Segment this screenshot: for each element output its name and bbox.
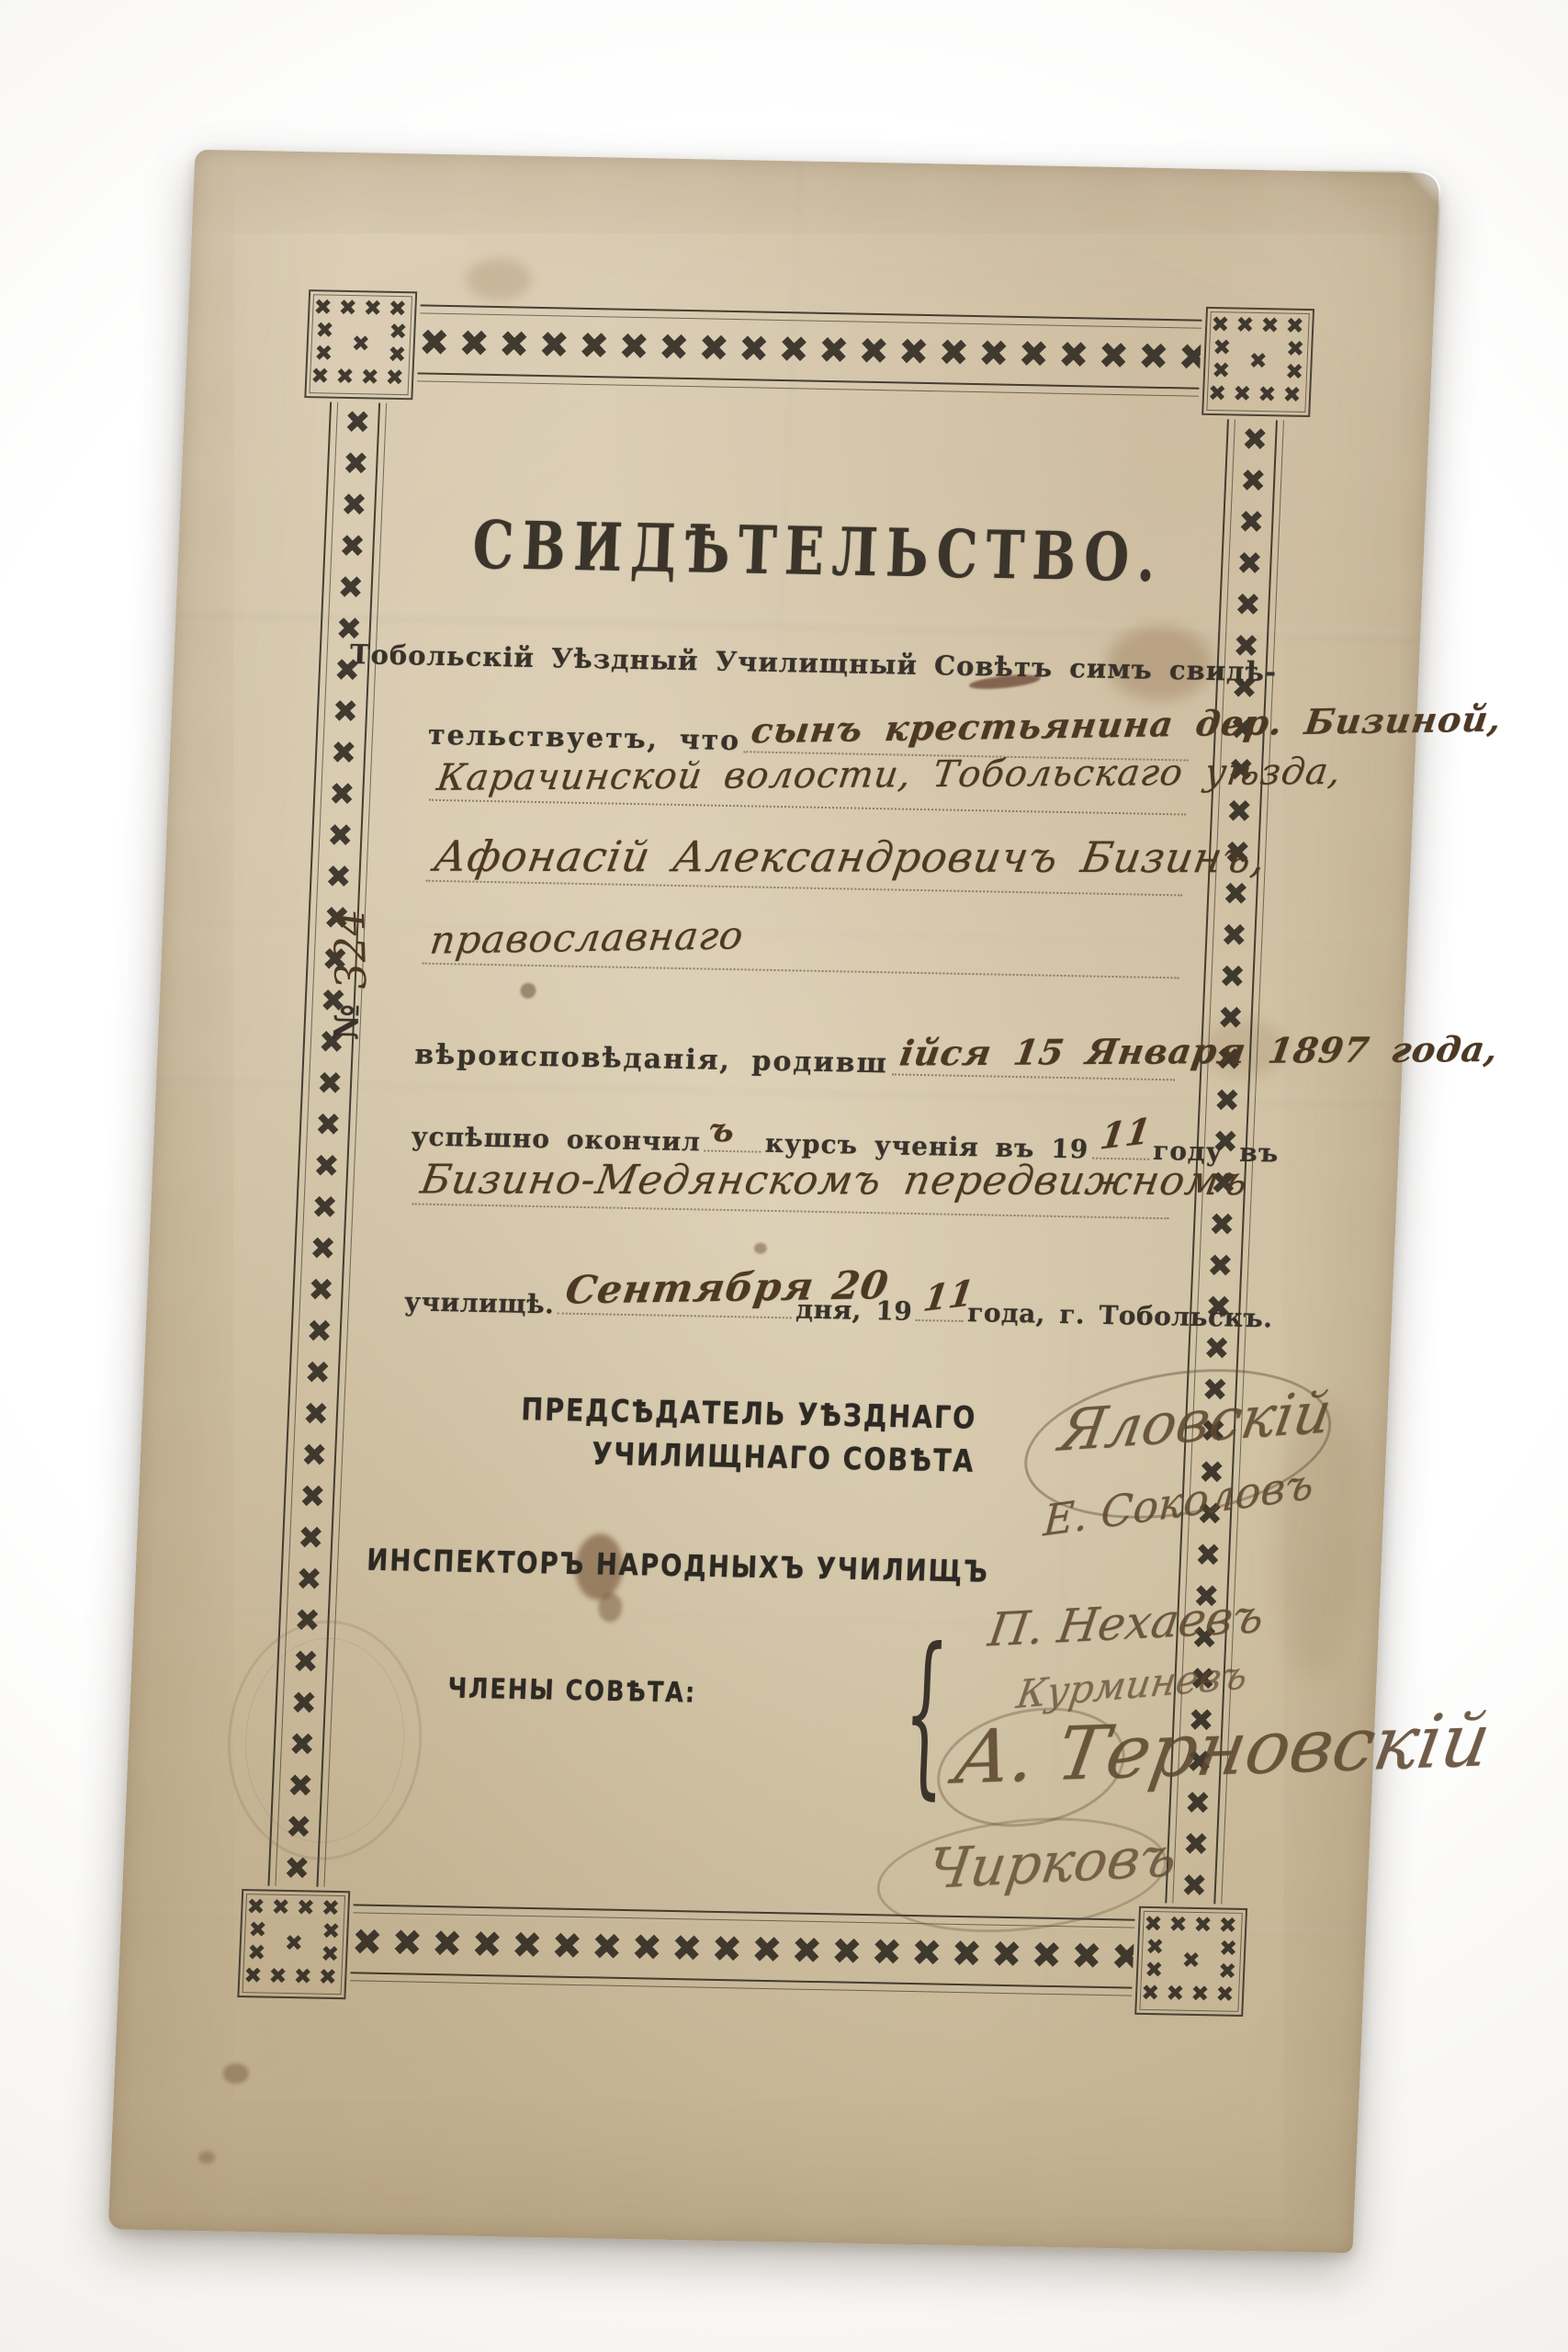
ink-blot <box>598 1592 623 1622</box>
corner-crosses-row: ✖✖✖✖ <box>246 1895 344 1920</box>
printed-text: Тобольскій Уѣздный Училищный Совѣтъ симъ… <box>349 638 1278 689</box>
member-signature-1: А. Терновскій <box>949 1697 1496 1801</box>
fill-line: Сентября 20 <box>558 1313 792 1319</box>
printed-text: тельствуетъ, что <box>427 718 741 759</box>
inspector-label: ИНСПЕКТОРЪ НАРОДНЫХЪ УЧИЛИЩЪ <box>352 1542 990 1589</box>
border-corner-bottom-left: ✖✖✖✖ ✖✖ ✖✖ ✖✖✖✖ ✖ <box>237 1889 350 1999</box>
corner-crosses-row: ✖✖✖✖ <box>313 296 412 321</box>
border-corner-bottom-right: ✖✖✖✖ ✖✖ ✖✖ ✖✖✖✖ ✖ <box>1134 1906 1247 2017</box>
handwritten-text: Афонасій Александровичъ Бизинъ, <box>432 835 1270 879</box>
document-number: № 324 <box>318 829 384 1041</box>
printed-text: училищѣ. <box>403 1285 555 1320</box>
corner-center-cross: ✖ <box>1181 1948 1201 1973</box>
corner-crosses-row: ✖✖✖✖ <box>1141 1982 1239 2007</box>
handwritten-text: сынъ крестьянина дер. Бизиной, <box>750 701 1504 748</box>
fill-line: ъ <box>704 1150 761 1153</box>
corner-center-cross: ✖ <box>284 1930 303 1956</box>
printed-text: успѣшно окончил <box>411 1120 702 1158</box>
fill-line: Афонасій Александровичъ Бизинъ, <box>425 880 1182 897</box>
corner-crosses-row: ✖✖✖✖ <box>1208 382 1306 407</box>
stain <box>465 257 533 300</box>
body-line-3: Карачинской волости, Тобольскаго уѣзда, <box>425 799 1190 822</box>
members-brace: { <box>900 1611 952 1816</box>
body-line-6: вѣроисповѣданія, родивш ійся 15 Января 1… <box>414 1037 1179 1086</box>
fill-line: ійся 15 Января 1897 года, <box>891 1073 1175 1080</box>
number-value-handwritten: 324 <box>324 908 376 990</box>
corner-crosses-row: ✖✖✖✖ <box>1144 1913 1242 1938</box>
stain <box>222 2064 249 2085</box>
corner-crosses-row: ✖✖✖✖ <box>243 1964 342 1989</box>
council-members-label: ЧЛЕНЫ СОВѢТА: <box>447 1673 697 1710</box>
corner-center-cross: ✖ <box>351 331 370 356</box>
handwritten-text: ійся 15 Января 1897 года, <box>897 1031 1501 1070</box>
ink-spot <box>754 1243 768 1254</box>
border-corner-top-right: ✖✖✖✖ ✖✖ ✖✖ ✖✖✖✖ ✖ <box>1201 307 1314 417</box>
photo-background: ✖✖✖✖ ✖✖ ✖✖ ✖✖✖✖ ✖ ✖✖✖✖ ✖✖ ✖✖ ✖✖✖✖ ✖ ✖✖✖✖… <box>0 0 1568 2352</box>
fill-line: 11 <box>916 1319 964 1322</box>
chairman-signature: Яловскій <box>1055 1378 1337 1464</box>
fill-line: православнаго <box>423 963 1179 979</box>
member-signature-2: Чирковъ <box>923 1825 1181 1902</box>
handwritten-text: Бизино-Медянскомъ передвижномъ <box>418 1160 1251 1203</box>
body-line-5: православнаго <box>418 963 1182 986</box>
handwritten-text: 11 <box>921 1275 976 1317</box>
fill-line: Бизино-Медянскомъ передвижномъ <box>412 1203 1169 1219</box>
stain <box>198 2151 216 2164</box>
certificate-paper: ✖✖✖✖ ✖✖ ✖✖ ✖✖✖✖ ✖ ✖✖✖✖ ✖✖ ✖✖ ✖✖✖✖ ✖ ✖✖✖✖… <box>108 150 1440 2254</box>
border-top: ✖✖✖✖✖✖✖✖✖✖✖✖✖✖✖✖✖✖✖✖✖✖✖✖✖✖✖✖✖✖✖✖✖✖✖✖✖✖✖✖ <box>417 304 1201 396</box>
body-line-4: Афонасій Александровичъ Бизинъ, <box>422 880 1186 903</box>
border-corner-top-left: ✖✖✖✖ ✖✖ ✖✖ ✖✖✖✖ ✖ <box>304 289 417 400</box>
printed-text: вѣроисповѣданія, родивш <box>414 1037 889 1080</box>
fill-line: Карачинской волости, Тобольскаго уѣзда, <box>429 799 1186 816</box>
number-label: № <box>327 1004 367 1041</box>
handwritten-text: Сентября 20 <box>563 1266 891 1310</box>
handwritten-text: ъ <box>709 1114 735 1148</box>
handwritten-text: православнаго <box>428 916 746 959</box>
corner-crosses-row: ✖✖✖✖ <box>310 365 409 390</box>
page-title: СВИДѢТЕЛЬСТВО. <box>434 506 1201 598</box>
corner-crosses-row: ✖✖✖✖ <box>1211 313 1309 338</box>
body-line-8: Бизино-Медянскомъ передвижномъ <box>408 1203 1172 1226</box>
handwritten-text: 11 <box>1098 1113 1153 1154</box>
printed-text: года, г. Тобольскъ. <box>967 1296 1274 1334</box>
embossed-seal <box>223 1619 427 1862</box>
body-line-9: училищѣ. Сентября 20 дня, 19 11 года, г.… <box>403 1285 1168 1332</box>
inspector-signature: Е. Соколовъ <box>1042 1458 1314 1545</box>
corner-center-cross: ✖ <box>1248 348 1268 374</box>
handwritten-text: Карачинской волости, Тобольскаго уѣзда, <box>434 753 1344 797</box>
paper-fold-top-right <box>1261 168 1441 310</box>
ink-spot <box>520 983 536 999</box>
body-line-1: Тобольскій Уѣздный Училищный Совѣтъ симъ… <box>431 639 1196 687</box>
chairman-label: ПРЕДСѢДАТЕЛЬ УѢЗДНАГО УЧИЛИЩНАГО СОВѢТА <box>415 1387 977 1485</box>
border-bottom: ✖✖✖✖✖✖✖✖✖✖✖✖✖✖✖✖✖✖✖✖✖✖✖✖✖✖✖✖✖✖✖✖✖✖✖✖✖✖✖✖ <box>350 1904 1134 1996</box>
